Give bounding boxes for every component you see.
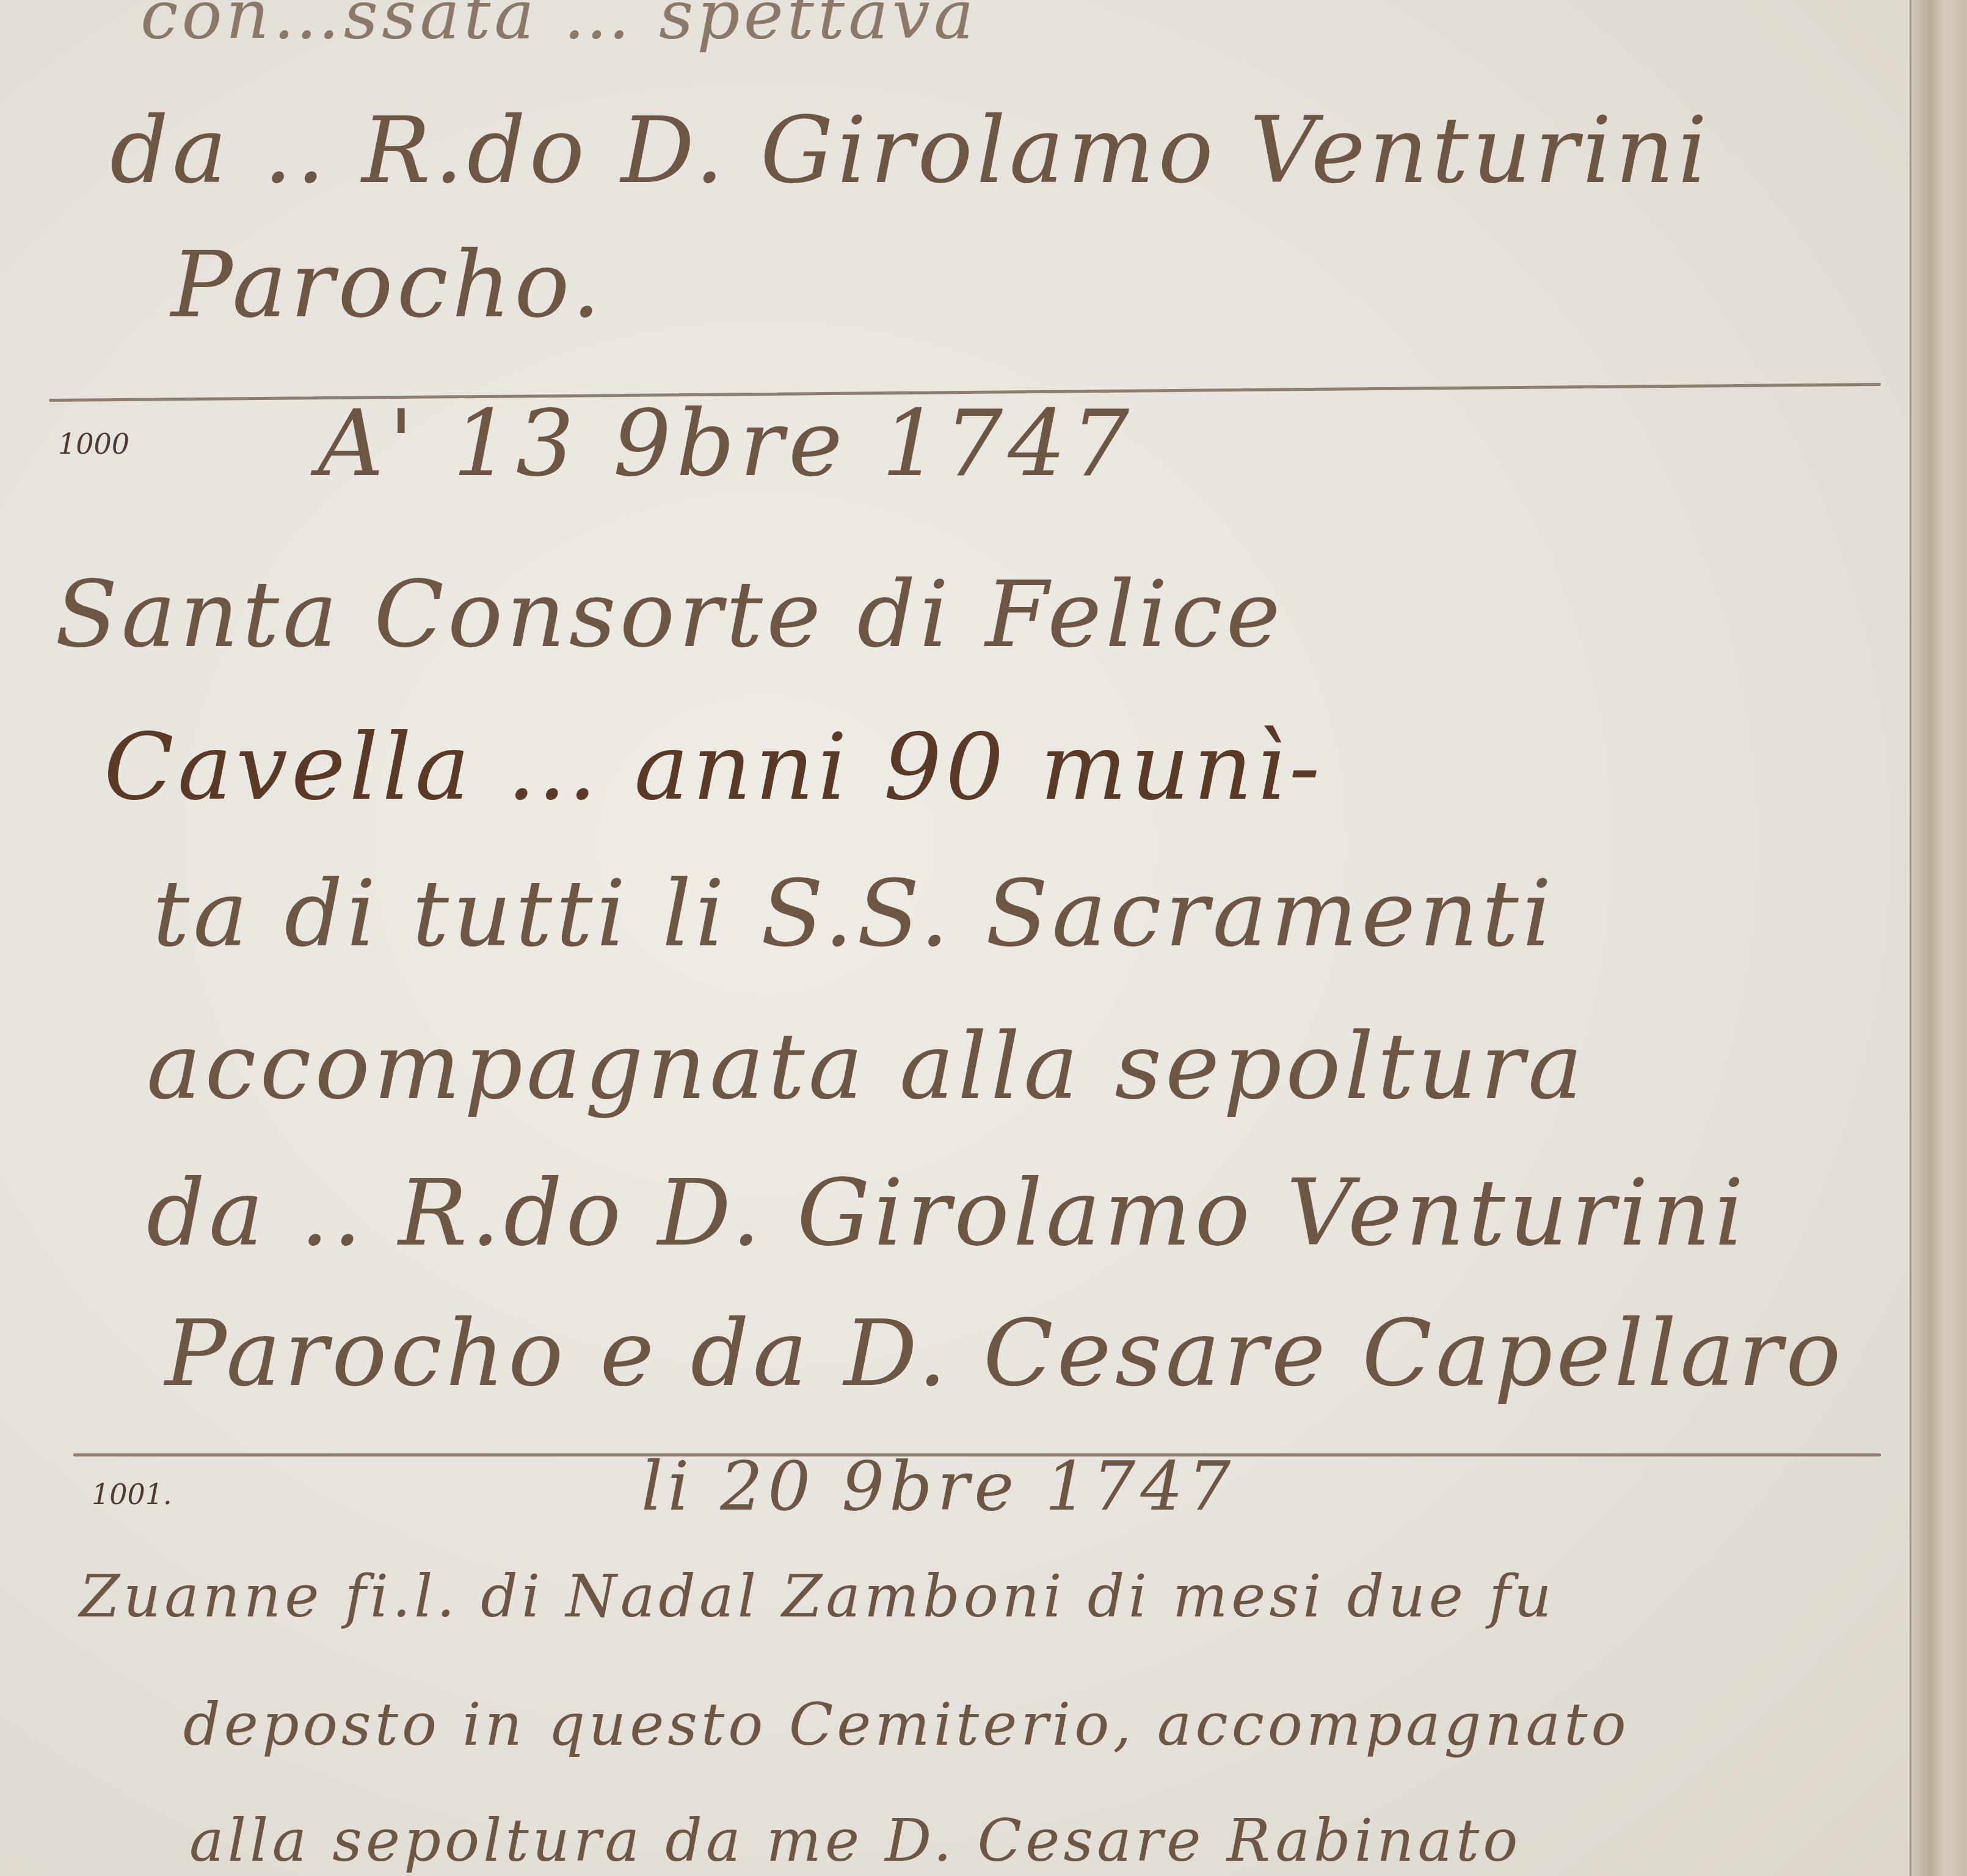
entry-text-line: ta di tutti li S.S. Sacramenti bbox=[153, 861, 1555, 967]
entry-text-line: alla sepoltura da me D. Cesare Rabinato bbox=[189, 1808, 1521, 1875]
entry-text-line: Zuanne fi.l. di Nadal Zamboni di mesi du… bbox=[79, 1563, 1555, 1631]
register-page: con…ssata … spettava da .. R.do D. Girol… bbox=[0, 0, 1911, 1876]
entry-number: 1000 bbox=[58, 427, 129, 460]
entry-text-line: Cavella … anni 90 munì- bbox=[104, 714, 1323, 821]
entry-number: 1001. bbox=[92, 1478, 172, 1511]
prev-entry-line-2: da .. R.do D. Girolamo Venturini bbox=[110, 98, 1711, 204]
book-binding bbox=[1911, 0, 1967, 1876]
entry-text-line: Parocho e da D. Cesare Capellaro bbox=[165, 1301, 1845, 1407]
prev-entry-line-1: con…ssata … spettava bbox=[140, 0, 978, 54]
entry-text-line: Santa Consorte di Felice bbox=[55, 562, 1284, 668]
entry-text-line: deposto in questo Cemiterio, accompagnat… bbox=[183, 1692, 1630, 1759]
entry-text-line: da .. R.do D. Girolamo Venturini bbox=[147, 1160, 1748, 1267]
entry-text-line: accompagnata alla sepoltura bbox=[147, 1014, 1586, 1120]
entry-date: A' 13 9bre 1747 bbox=[318, 391, 1134, 497]
prev-entry-line-3: Parocho. bbox=[171, 232, 605, 338]
entry-date: li 20 9bre 1747 bbox=[641, 1447, 1235, 1525]
